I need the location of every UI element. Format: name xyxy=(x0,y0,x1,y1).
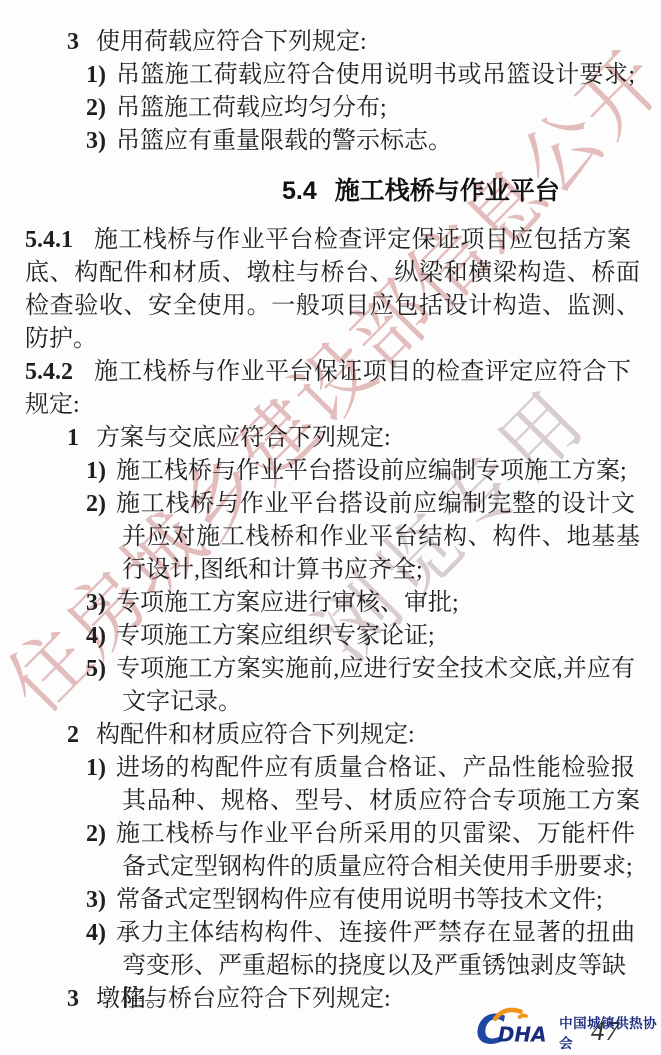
line-text: 专项施工方案应进行审核、审批; xyxy=(116,590,459,616)
line-text: 施工栈桥与作业平台保证项目的检查评定应符合下列 xyxy=(94,356,631,389)
line-number: 4) xyxy=(86,623,106,649)
line-text: 检查验收、安全使用。一般项目应包括设计构造、监测、安全 xyxy=(25,290,640,323)
line-text: 专项施工方案应组织专家论证; xyxy=(116,623,435,649)
line-text: 方案与交底应符合下列规定: xyxy=(96,425,391,451)
line-number: 2 xyxy=(67,722,79,748)
line-text: 吊篮应有重量限载的警示标志。 xyxy=(116,128,452,154)
section-heading: 5.4施工栈桥与作业平台 xyxy=(0,171,661,211)
text-line: 3)常备式定型钢构件应有使用说明书等技术文件; xyxy=(0,884,661,917)
document-page: 住房城乡建设部信息公开 浏览专用 3使用荷载应符合下列规定:1)吊篮施工荷载应符… xyxy=(0,0,661,1055)
line-text: 墩柱与桥台应符合下列规定: xyxy=(96,986,391,1012)
text-line: 5)专项施工方案实施前,应进行安全技术交底,并应有 xyxy=(0,653,661,686)
text-line: 1方案与交底应符合下列规定: xyxy=(0,422,661,455)
line-text: 吊篮施工荷载应符合使用说明书或吊篮设计要求; xyxy=(116,59,635,92)
text-line: 1)进场的构配件应有质量合格证、产品性能检验报告, xyxy=(0,752,661,785)
line-text: 专项施工方案实施前,应进行安全技术交底,并应有 xyxy=(116,653,635,686)
line-number: 2) xyxy=(86,491,106,517)
line-text: 承力主体结构构件、连接件严禁存在显著的扭曲和侧 xyxy=(116,917,635,950)
text-line: 检查验收、安全使用。一般项目应包括设计构造、监测、安全 xyxy=(0,290,661,323)
text-line: 规定: xyxy=(0,389,661,422)
text-line: 3使用荷载应符合下列规定: xyxy=(0,26,661,59)
text-line: 并应对施工栈桥和作业平台结构、构件、地基基础进 xyxy=(0,521,661,554)
line-number: 1) xyxy=(86,458,106,484)
line-text: 常备式定型钢构件应有使用说明书等技术文件; xyxy=(116,887,603,913)
line-text: 行设计,图纸和计算书应齐全; xyxy=(122,557,423,583)
text-line: 2)吊篮施工荷载应均匀分布; xyxy=(0,92,661,125)
line-number: 5.4 xyxy=(282,177,317,205)
line-number: 1) xyxy=(86,62,106,88)
line-number: 1) xyxy=(86,755,106,781)
text-line: 底、构配件和材质、墩柱与桥台、纵梁和横梁构造、桥面构造、 xyxy=(0,257,661,290)
line-text: 施工栈桥与作业平台 xyxy=(335,177,560,205)
text-line: 3)吊篮应有重量限载的警示标志。 xyxy=(0,125,661,158)
line-number: 5.4.1 xyxy=(25,227,73,253)
line-number: 3 xyxy=(67,29,79,55)
association-logo: C DHA 中国城镇供热协会 xyxy=(476,1003,661,1051)
line-number: 2) xyxy=(86,95,106,121)
text-line: 备式定型钢构件的质量应符合相关使用手册要求; xyxy=(0,851,661,884)
line-text: 吊篮施工荷载应均匀分布; xyxy=(116,95,387,121)
line-number: 5) xyxy=(86,656,106,682)
line-text: 施工栈桥与作业平台搭设前应编制专项施工方案; xyxy=(116,458,627,484)
line-text: 文字记录。 xyxy=(122,689,242,715)
text-line: 1)吊篮施工荷载应符合使用说明书或吊篮设计要求; xyxy=(0,59,661,92)
text-line: 3)专项施工方案应进行审核、审批; xyxy=(0,587,661,620)
line-text: 施工栈桥与作业平台搭设前应编制完整的设计文件, xyxy=(116,488,635,521)
text-line: 2)施工栈桥与作业平台搭设前应编制完整的设计文件, xyxy=(0,488,661,521)
text-line: 5.4.2施工栈桥与作业平台保证项目的检查评定应符合下列 xyxy=(0,356,661,389)
line-number: 3 xyxy=(67,986,79,1012)
text-line: 1)施工栈桥与作业平台搭设前应编制专项施工方案; xyxy=(0,455,661,488)
line-text: 备式定型钢构件的质量应符合相关使用手册要求; xyxy=(122,854,633,880)
text-line: 4)专项施工方案应组织专家论证; xyxy=(0,620,661,653)
text-line: 弯变形、严重超标的挠度以及严重锈蚀剥皮等缺陷。 xyxy=(0,950,661,983)
text-line: 5.4.1施工栈桥与作业平台检查评定保证项目应包括方案与交 xyxy=(0,224,661,257)
line-number: 3) xyxy=(86,887,106,913)
document-content: 3使用荷载应符合下列规定:1)吊篮施工荷载应符合使用说明书或吊篮设计要求;2)吊… xyxy=(0,0,661,1016)
line-text: 使用荷载应符合下列规定: xyxy=(96,29,367,55)
text-line: 2)施工栈桥与作业平台所采用的贝雷梁、万能杆件等常 xyxy=(0,818,661,851)
line-number: 2) xyxy=(86,821,106,847)
line-number: 3) xyxy=(86,128,106,154)
line-text: 构配件和材质应符合下列规定: xyxy=(96,722,415,748)
line-text: 规定: xyxy=(25,392,80,418)
text-line: 2构配件和材质应符合下列规定: xyxy=(0,719,661,752)
line-text: 并应对施工栈桥和作业平台结构、构件、地基基础进 xyxy=(122,521,640,554)
line-text: 底、构配件和材质、墩柱与桥台、纵梁和横梁构造、桥面构造、 xyxy=(25,257,640,290)
line-number: 5.4.2 xyxy=(25,359,73,385)
line-number: 4) xyxy=(86,920,106,946)
line-number: 3) xyxy=(86,590,106,616)
line-text: 进场的构配件应有质量合格证、产品性能检验报告, xyxy=(116,752,635,785)
svg-text:DHA: DHA xyxy=(498,1023,547,1047)
text-line: 文字记录。 xyxy=(0,686,661,719)
line-text: 施工栈桥与作业平台检查评定保证项目应包括方案与交 xyxy=(94,224,631,257)
line-text: 防护。 xyxy=(25,326,97,352)
text-line: 防护。 xyxy=(0,323,661,356)
line-text: 其品种、规格、型号、材质应符合专项施工方案要求; xyxy=(122,785,640,818)
association-name: 中国城镇供热协会 xyxy=(559,1012,661,1052)
line-text: 施工栈桥与作业平台所采用的贝雷梁、万能杆件等常 xyxy=(116,818,635,851)
text-line: 4)承力主体结构构件、连接件严禁存在显著的扭曲和侧 xyxy=(0,917,661,950)
text-line: 行设计,图纸和计算书应齐全; xyxy=(0,554,661,587)
cdha-logo-icon: C DHA xyxy=(476,1003,556,1051)
line-number: 1 xyxy=(67,425,79,451)
text-line: 其品种、规格、型号、材质应符合专项施工方案要求; xyxy=(0,785,661,818)
